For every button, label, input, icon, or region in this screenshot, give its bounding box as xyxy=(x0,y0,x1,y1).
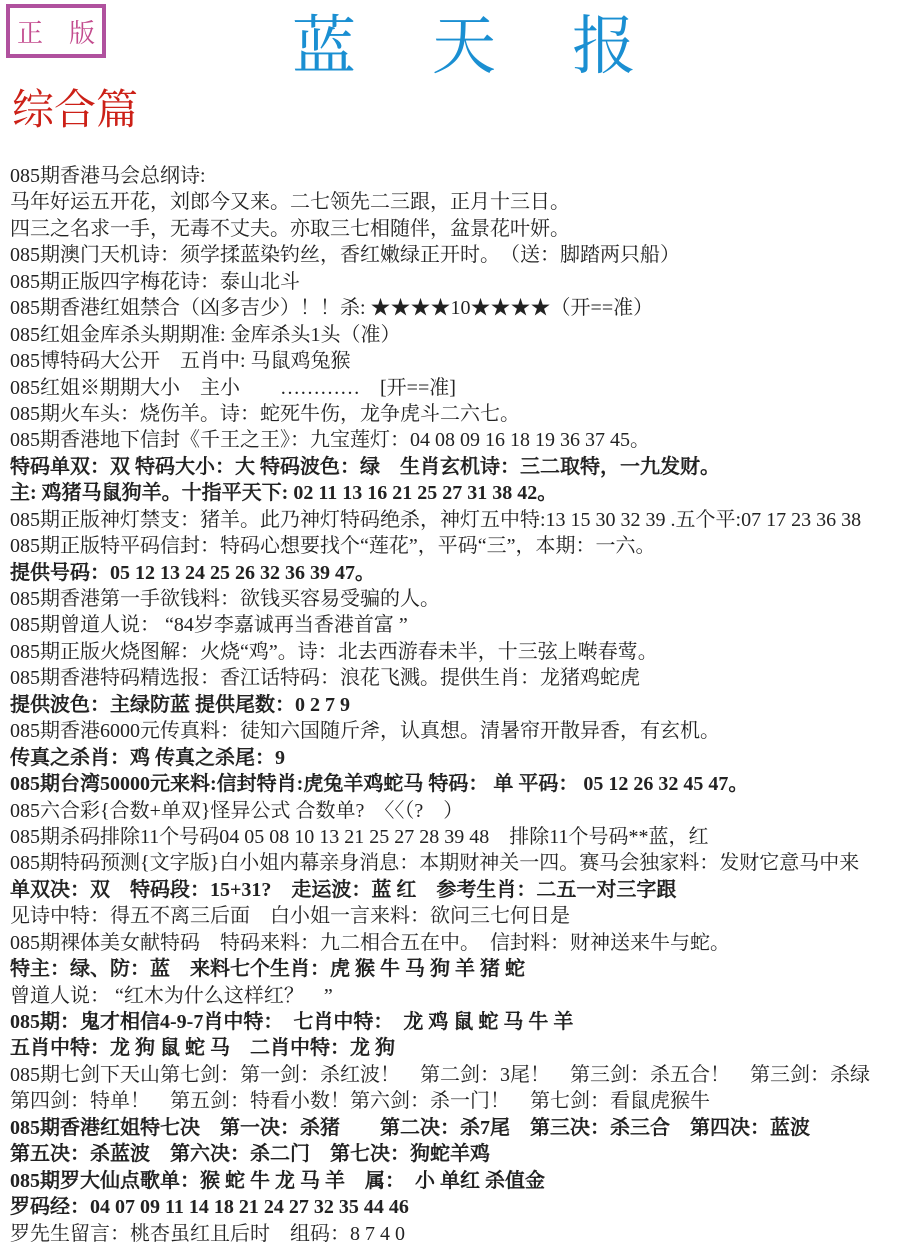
text-line: 特主：绿、防：蓝 来料七个生肖：虎 猴 牛 马 狗 羊 猪 蛇 xyxy=(10,956,900,982)
text-line: 085期香港马会总纲诗: xyxy=(10,163,900,189)
text-line: 085期罗大仙点歌单：猴 蛇 牛 龙 马 羊 属： 小 单红 杀值金 xyxy=(10,1168,900,1194)
text-line: 主: 鸡猪马鼠狗羊。十指平天下: 02 11 13 16 21 25 27 31… xyxy=(10,480,900,506)
text-line: 085期正版特平码信封：特码心想要找个“莲花”，平码“三”，本期：一六。 xyxy=(10,533,900,559)
text-line: 第四剑：特单！ 第五剑：特看小数！第六剑：杀一门！ 第七剑：看鼠虎猴牛 xyxy=(10,1088,900,1114)
text-line: 085期香港红姐禁合（凶多吉少）！！杀: ★★★★10★★★★（开==准） xyxy=(10,295,900,321)
text-line: 085期杀码排除11个号码04 05 08 10 13 21 25 27 28 … xyxy=(10,824,900,850)
text-line: 五肖中特：龙 狗 鼠 蛇 马 二肖中特：龙 狗 xyxy=(10,1035,900,1061)
text-line: 085期香港地下信封《千王之王》：九宝莲灯：04 08 09 16 18 19 … xyxy=(10,427,900,453)
authenticity-stamp-label: 正 版 xyxy=(17,13,95,50)
text-line: 085期正版神灯禁支：猪羊。此乃神灯特码绝杀，神灯五中特:13 15 30 32… xyxy=(10,507,900,533)
text-line: 马年好运五开花，刘郎今又来。二七领先二三跟，正月十三日。 xyxy=(10,189,900,215)
text-line: 特码单双：双 特码大小：大 特码波色：绿 生肖玄机诗：三二取特，一九发财。 xyxy=(10,454,900,480)
text-line: 罗码经：04 07 09 11 14 18 21 24 27 32 35 44 … xyxy=(10,1194,900,1220)
text-line: 085六合彩{合数+单双}怪异公式 合数单? 〈〈（? ） xyxy=(10,798,900,824)
text-line: 085红姐金库杀头期期准: 金库杀头1头（准） xyxy=(10,322,900,348)
newspaper-title: 蓝 天 报 xyxy=(292,10,642,84)
text-line: 第五决：杀蓝波 第六决：杀二门 第七决：狗蛇羊鸡 xyxy=(10,1141,900,1167)
text-line: 见诗中特：得五不离三后面 白小姐一言来料：欲问三七何日是 xyxy=(10,903,900,929)
text-line: 085红姐※期期大小 主小 ………… [开==准] xyxy=(10,375,900,401)
text-line: 085期：鬼才相信4-9-7肖中特： 七肖中特： 龙 鸡 鼠 蛇 马 牛 羊 xyxy=(10,1009,900,1035)
authenticity-stamp: 正 版 xyxy=(6,4,106,58)
text-line: 085期台湾50000元来料:信封特肖:虎兔羊鸡蛇马 特码： 单 平码： 05 … xyxy=(10,771,900,797)
text-line: 085期香港第一手欲钱料：欲钱买容易受骗的人。 xyxy=(10,586,900,612)
text-line: 四三之名求一手，无毒不丈夫。亦取三七相随伴，盆景花叶妍。 xyxy=(10,216,900,242)
text-line: 罗先生留言：桃杏虽红且后时 组码：8 7 4 0 xyxy=(10,1221,900,1243)
text-line: 提供波色：主绿防蓝 提供尾数：0 2 7 9 xyxy=(10,692,900,718)
text-line: 085期香港红姐特七决 第一决：杀猪 第二决：杀7尾 第三决：杀三合 第四决：蓝… xyxy=(10,1115,900,1141)
text-line: 085期裸体美女献特码 特码来料：九二相合五在中。 信封料：财神送来牛与蛇。 xyxy=(10,930,900,956)
text-line: 传真之杀肖：鸡 传真之杀尾：9 xyxy=(10,745,900,771)
text-line: 085期正版火烧图解：火烧“鸡”。诗：北去西游春未半，十三弦上啭春莺。 xyxy=(10,639,900,665)
body-lines: 085期香港马会总纲诗:马年好运五开花，刘郎今又来。二七领先二三跟，正月十三日。… xyxy=(10,163,900,1243)
text-line: 曾道人说： “红木为什么这样红？ ” xyxy=(10,983,900,1009)
text-line: 单双决：双 特码段：15+31? 走运波：蓝 红 参考生肖：二五一对三字跟 xyxy=(10,877,900,903)
text-line: 085期正版四字梅花诗：泰山北斗 xyxy=(10,269,900,295)
text-line: 085期香港特码精选报：香江话特码：浪花飞溅。提供生肖：龙猪鸡蛇虎 xyxy=(10,665,900,691)
text-line: 085博特码大公开 五肖中: 马鼠鸡兔猴 xyxy=(10,348,900,374)
text-line: 提供号码：05 12 13 24 25 26 32 36 39 47。 xyxy=(10,560,900,586)
text-line: 085期七剑下天山第七剑：第一剑：杀红波！ 第二剑：3尾！ 第三剑：杀五合！ 第… xyxy=(10,1062,900,1088)
section-title: 综合篇 xyxy=(12,86,138,136)
text-line: 085期火车头：烧伤羊。诗：蛇死牛伤，龙争虎斗二六七。 xyxy=(10,401,900,427)
text-line: 085期香港6000元传真料：徒知六国随斤斧，认真想。清暑帘开散异香，有玄机。 xyxy=(10,718,900,744)
text-line: 085期特码预测{文字版}白小姐内幕亲身消息：本期财神关一四。赛马会独家料：发财… xyxy=(10,850,900,876)
text-line: 085期澳门天机诗：须学揉蓝染钓丝，香红嫩绿正开时。 （送：脚踏两只船） xyxy=(10,242,900,268)
text-line: 085期曾道人说： “84岁李嘉诚再当香港首富 ” xyxy=(10,612,900,638)
